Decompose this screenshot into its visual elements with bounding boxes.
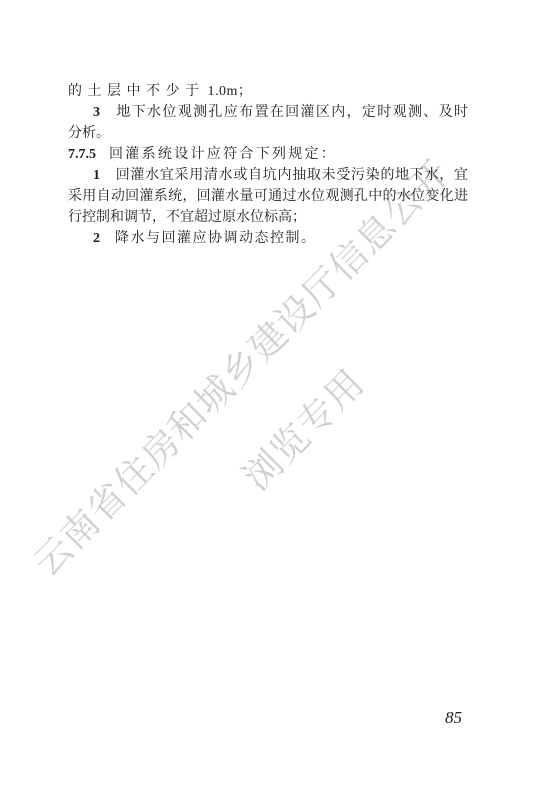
line-text: 回灌水宜采用清水或自坑内抽取未受污染的地下水，宜 <box>115 168 468 183</box>
line-text: 地下水位观测孔应布置在回灌区内，定时观测、及时 <box>115 105 468 120</box>
item-number: 1 <box>93 168 100 183</box>
document-page: 云南省住房和城乡建设厅信息公开 浏览专用 的土层中不少于1.0m； 3地下水位观… <box>0 0 536 793</box>
body-line-4: 7.7.5回灌系统设计应符合下列规定： <box>68 144 468 165</box>
clause-number: 7.7.5 <box>68 147 96 162</box>
line-measure-text: 1.0m； <box>208 84 253 99</box>
body-line-7: 行控制和调节，不宜超过原水位标高； <box>68 207 468 228</box>
line-text: 分析。 <box>68 126 110 141</box>
watermark-line-2: 浏览专用 <box>62 188 536 674</box>
line-text: 行控制和调节，不宜超过原水位标高； <box>68 210 306 225</box>
body-line-5: 1回灌水宜采用清水或自坑内抽取未受污染的地下水，宜 <box>68 165 468 186</box>
body-line-3: 分析。 <box>68 123 468 144</box>
item-number: 3 <box>93 105 100 120</box>
page-number: 85 <box>445 708 462 728</box>
line-text: 的土层中不少于 <box>68 84 205 99</box>
body-line-2: 3地下水位观测孔应布置在回灌区内，定时观测、及时 <box>68 102 468 123</box>
body-line-6: 采用自动回灌系统，回灌水量可通过水位观测孔中的水位变化进 <box>68 186 468 207</box>
body-line-1: 的土层中不少于1.0m； <box>68 81 468 102</box>
body-text: 的土层中不少于1.0m； 3地下水位观测孔应布置在回灌区内，定时观测、及时 分析… <box>68 81 468 249</box>
line-text: 采用自动回灌系统，回灌水量可通过水位观测孔中的水位变化进 <box>68 189 468 204</box>
line-text: 降水与回灌应协调动态控制。 <box>115 231 317 246</box>
body-line-8: 2降水与回灌应协调动态控制。 <box>68 228 468 249</box>
line-text: 回灌系统设计应符合下列规定： <box>109 147 337 162</box>
item-number: 2 <box>93 231 100 246</box>
